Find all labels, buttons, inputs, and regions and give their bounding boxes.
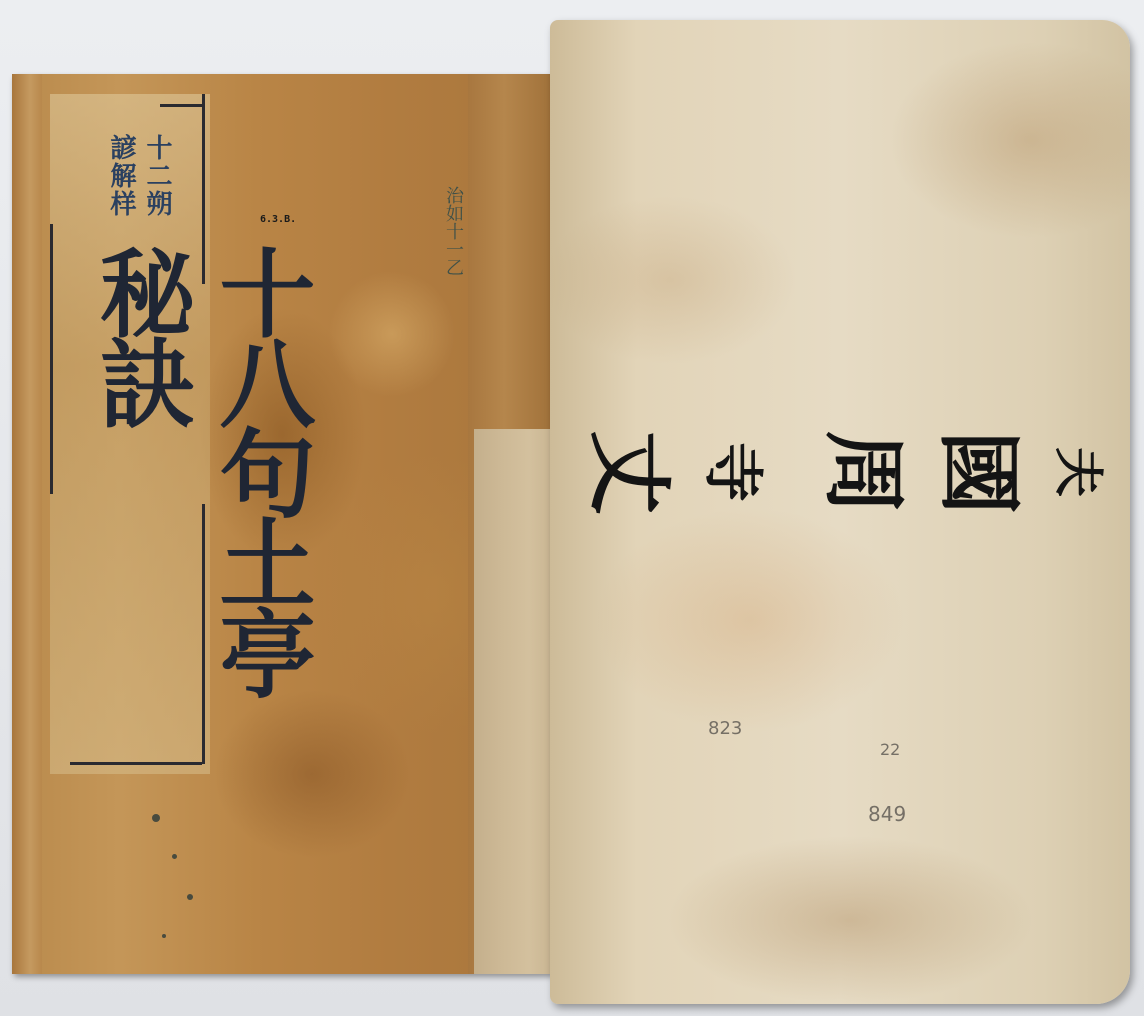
subtitle-right: 十二朔 [142, 134, 172, 218]
ink-spot [172, 854, 177, 859]
handwritten-char: 國 [924, 430, 1045, 520]
handwritten-char: 夫 [1046, 447, 1118, 503]
pencil-note-right-top: 22 [880, 740, 900, 759]
ink-spot [187, 894, 193, 900]
pencil-note-right-bottom: 849 [868, 802, 906, 826]
title-label: 十二朔 諺解样 十八句土亭秘訣 [50, 94, 210, 774]
catalog-stamp: 6.3.B. [260, 214, 296, 225]
cover-left-edge [12, 74, 42, 974]
handwritten-char: 寺 [694, 442, 780, 508]
handwritten-title: 夫 國 周 𢈔 寺 丈 [590, 405, 1110, 545]
pencil-vertical-note: 治如十一乙 [440, 186, 466, 276]
main-title: 十八句土亭秘訣 [80, 244, 320, 774]
pencil-note-left: 823 [708, 718, 742, 739]
handwritten-char: 丈 [575, 430, 696, 520]
label-border-top [160, 104, 204, 107]
ink-spot [152, 814, 160, 822]
book-first-page: 夫 國 周 𢈔 寺 丈 823 22 849 [550, 20, 1130, 1004]
subtitle-left: 諺解样 [106, 134, 136, 218]
ink-spot [162, 934, 166, 938]
book-front-cover: 十二朔 諺解样 十八句土亭秘訣 6.3.B. 治如十一乙 [12, 74, 552, 974]
label-border-left [50, 224, 53, 494]
